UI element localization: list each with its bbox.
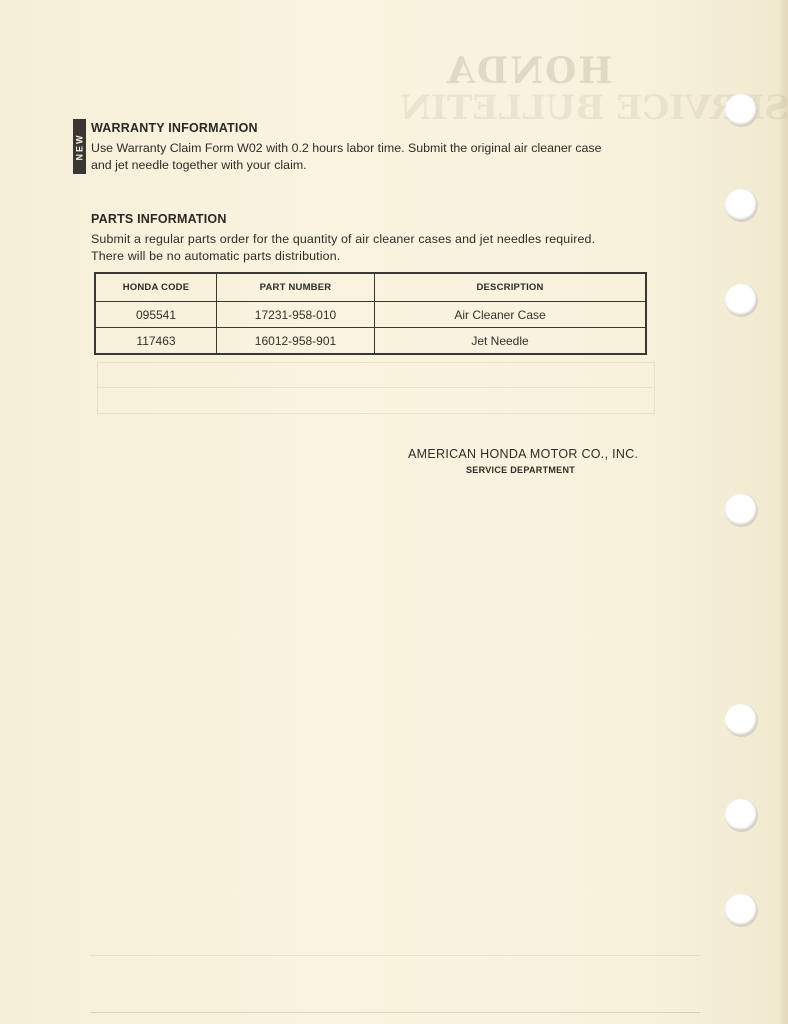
cell-part-number: 17231-958-010 — [217, 302, 375, 328]
hole-punch — [725, 894, 758, 927]
header-part-number: PART NUMBER — [217, 273, 375, 302]
cell-description: Jet Needle — [375, 328, 647, 355]
bleed-through-table — [97, 362, 655, 414]
bleed-through-rule — [97, 387, 653, 388]
header-honda-code: HONDA CODE — [95, 273, 217, 302]
hole-punch — [725, 704, 758, 737]
table-row: 117463 16012-958-901 Jet Needle — [95, 328, 646, 355]
header-description: DESCRIPTION — [375, 273, 647, 302]
warranty-text: Use Warranty Claim Form W02 with 0.2 hou… — [91, 140, 602, 174]
parts-line: There will be no automatic parts distrib… — [91, 248, 595, 265]
paper-edge-shadow — [778, 0, 788, 1024]
bleed-through-logo: HONDA — [445, 50, 612, 92]
new-badge: NEW — [73, 119, 86, 174]
company-name: AMERICAN HONDA MOTOR CO., INC. — [408, 447, 638, 461]
hole-punch — [725, 94, 758, 127]
paper-bottom-edge — [90, 1012, 700, 1013]
parts-text: Submit a regular parts order for the qua… — [91, 231, 595, 265]
new-badge-label: NEW — [75, 133, 85, 160]
warranty-line: Use Warranty Claim Form W02 with 0.2 hou… — [91, 140, 602, 157]
table-row: 095541 17231-958-010 Air Cleaner Case — [95, 302, 646, 328]
table-header-row: HONDA CODE PART NUMBER DESCRIPTION — [95, 273, 646, 302]
hole-punch — [725, 284, 758, 317]
cell-honda-code: 095541 — [95, 302, 217, 328]
hole-punch — [725, 799, 758, 832]
department-name: SERVICE DEPARTMENT — [466, 465, 575, 475]
parts-heading: PARTS INFORMATION — [91, 212, 227, 226]
cell-part-number: 16012-958-901 — [217, 328, 375, 355]
warranty-line: and jet needle together with your claim. — [91, 157, 602, 174]
warranty-heading: WARRANTY INFORMATION — [91, 121, 258, 135]
bleed-through-footer-rule — [90, 955, 700, 956]
parts-table: HONDA CODE PART NUMBER DESCRIPTION 09554… — [94, 272, 647, 355]
cell-description: Air Cleaner Case — [375, 302, 647, 328]
hole-punch — [725, 189, 758, 222]
cell-honda-code: 117463 — [95, 328, 217, 355]
hole-punch — [725, 494, 758, 527]
parts-line: Submit a regular parts order for the qua… — [91, 231, 595, 248]
